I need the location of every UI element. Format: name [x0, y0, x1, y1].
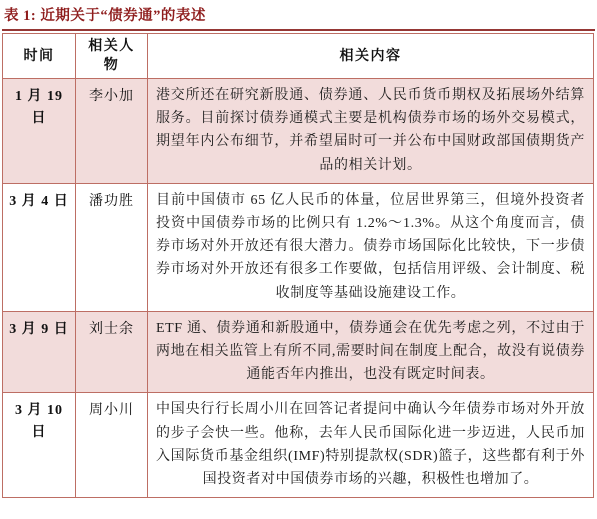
column-header-person: 相关人物 — [76, 34, 148, 79]
content-cell: 中国央行行长周小川在回答记者提问中确认今年债券市场对外开放的步子会快一些。他称，… — [148, 393, 594, 498]
table-row: 3 月 10 日 周小川 中国央行行长周小川在回答记者提问中确认今年债券市场对外… — [3, 393, 594, 498]
content-cell: 目前中国债市 65 亿人民币的体量，位居世界第三，但境外投资者投资中国债券市场的… — [148, 183, 594, 311]
person-cell: 刘士余 — [76, 311, 148, 393]
content-cell: 港交所还在研究新股通、债券通、人民币货币期权及拓展场外结算服务。目前探讨债券通模… — [148, 79, 594, 184]
column-header-time: 时间 — [3, 34, 76, 79]
time-cell: 3 月 4 日 — [3, 183, 76, 311]
column-header-content: 相关内容 — [148, 34, 594, 79]
table-title: 表 1: 近期关于“债券通”的表述 — [0, 0, 597, 29]
time-cell: 3 月 10 日 — [3, 393, 76, 498]
table-row: 3 月 9 日 刘士余 ETF 通、债券通和新股通中，债券通会在优先考虑之列，不… — [3, 311, 594, 393]
content-cell: ETF 通、债券通和新股通中，债券通会在优先考虑之列，不过由于两地在相关监管上有… — [148, 311, 594, 393]
time-cell: 3 月 9 日 — [3, 311, 76, 393]
bond-connect-statements-table: 时间 相关人物 相关内容 1 月 19 日 李小加 港交所还在研究新股通、债券通… — [2, 33, 594, 498]
time-cell: 1 月 19 日 — [3, 79, 76, 184]
person-cell: 潘功胜 — [76, 183, 148, 311]
table-header-row: 时间 相关人物 相关内容 — [3, 34, 594, 79]
person-cell: 周小川 — [76, 393, 148, 498]
person-cell: 李小加 — [76, 79, 148, 184]
table-row: 1 月 19 日 李小加 港交所还在研究新股通、债券通、人民币货币期权及拓展场外… — [3, 79, 594, 184]
table-row: 3 月 4 日 潘功胜 目前中国债市 65 亿人民币的体量，位居世界第三，但境外… — [3, 183, 594, 311]
